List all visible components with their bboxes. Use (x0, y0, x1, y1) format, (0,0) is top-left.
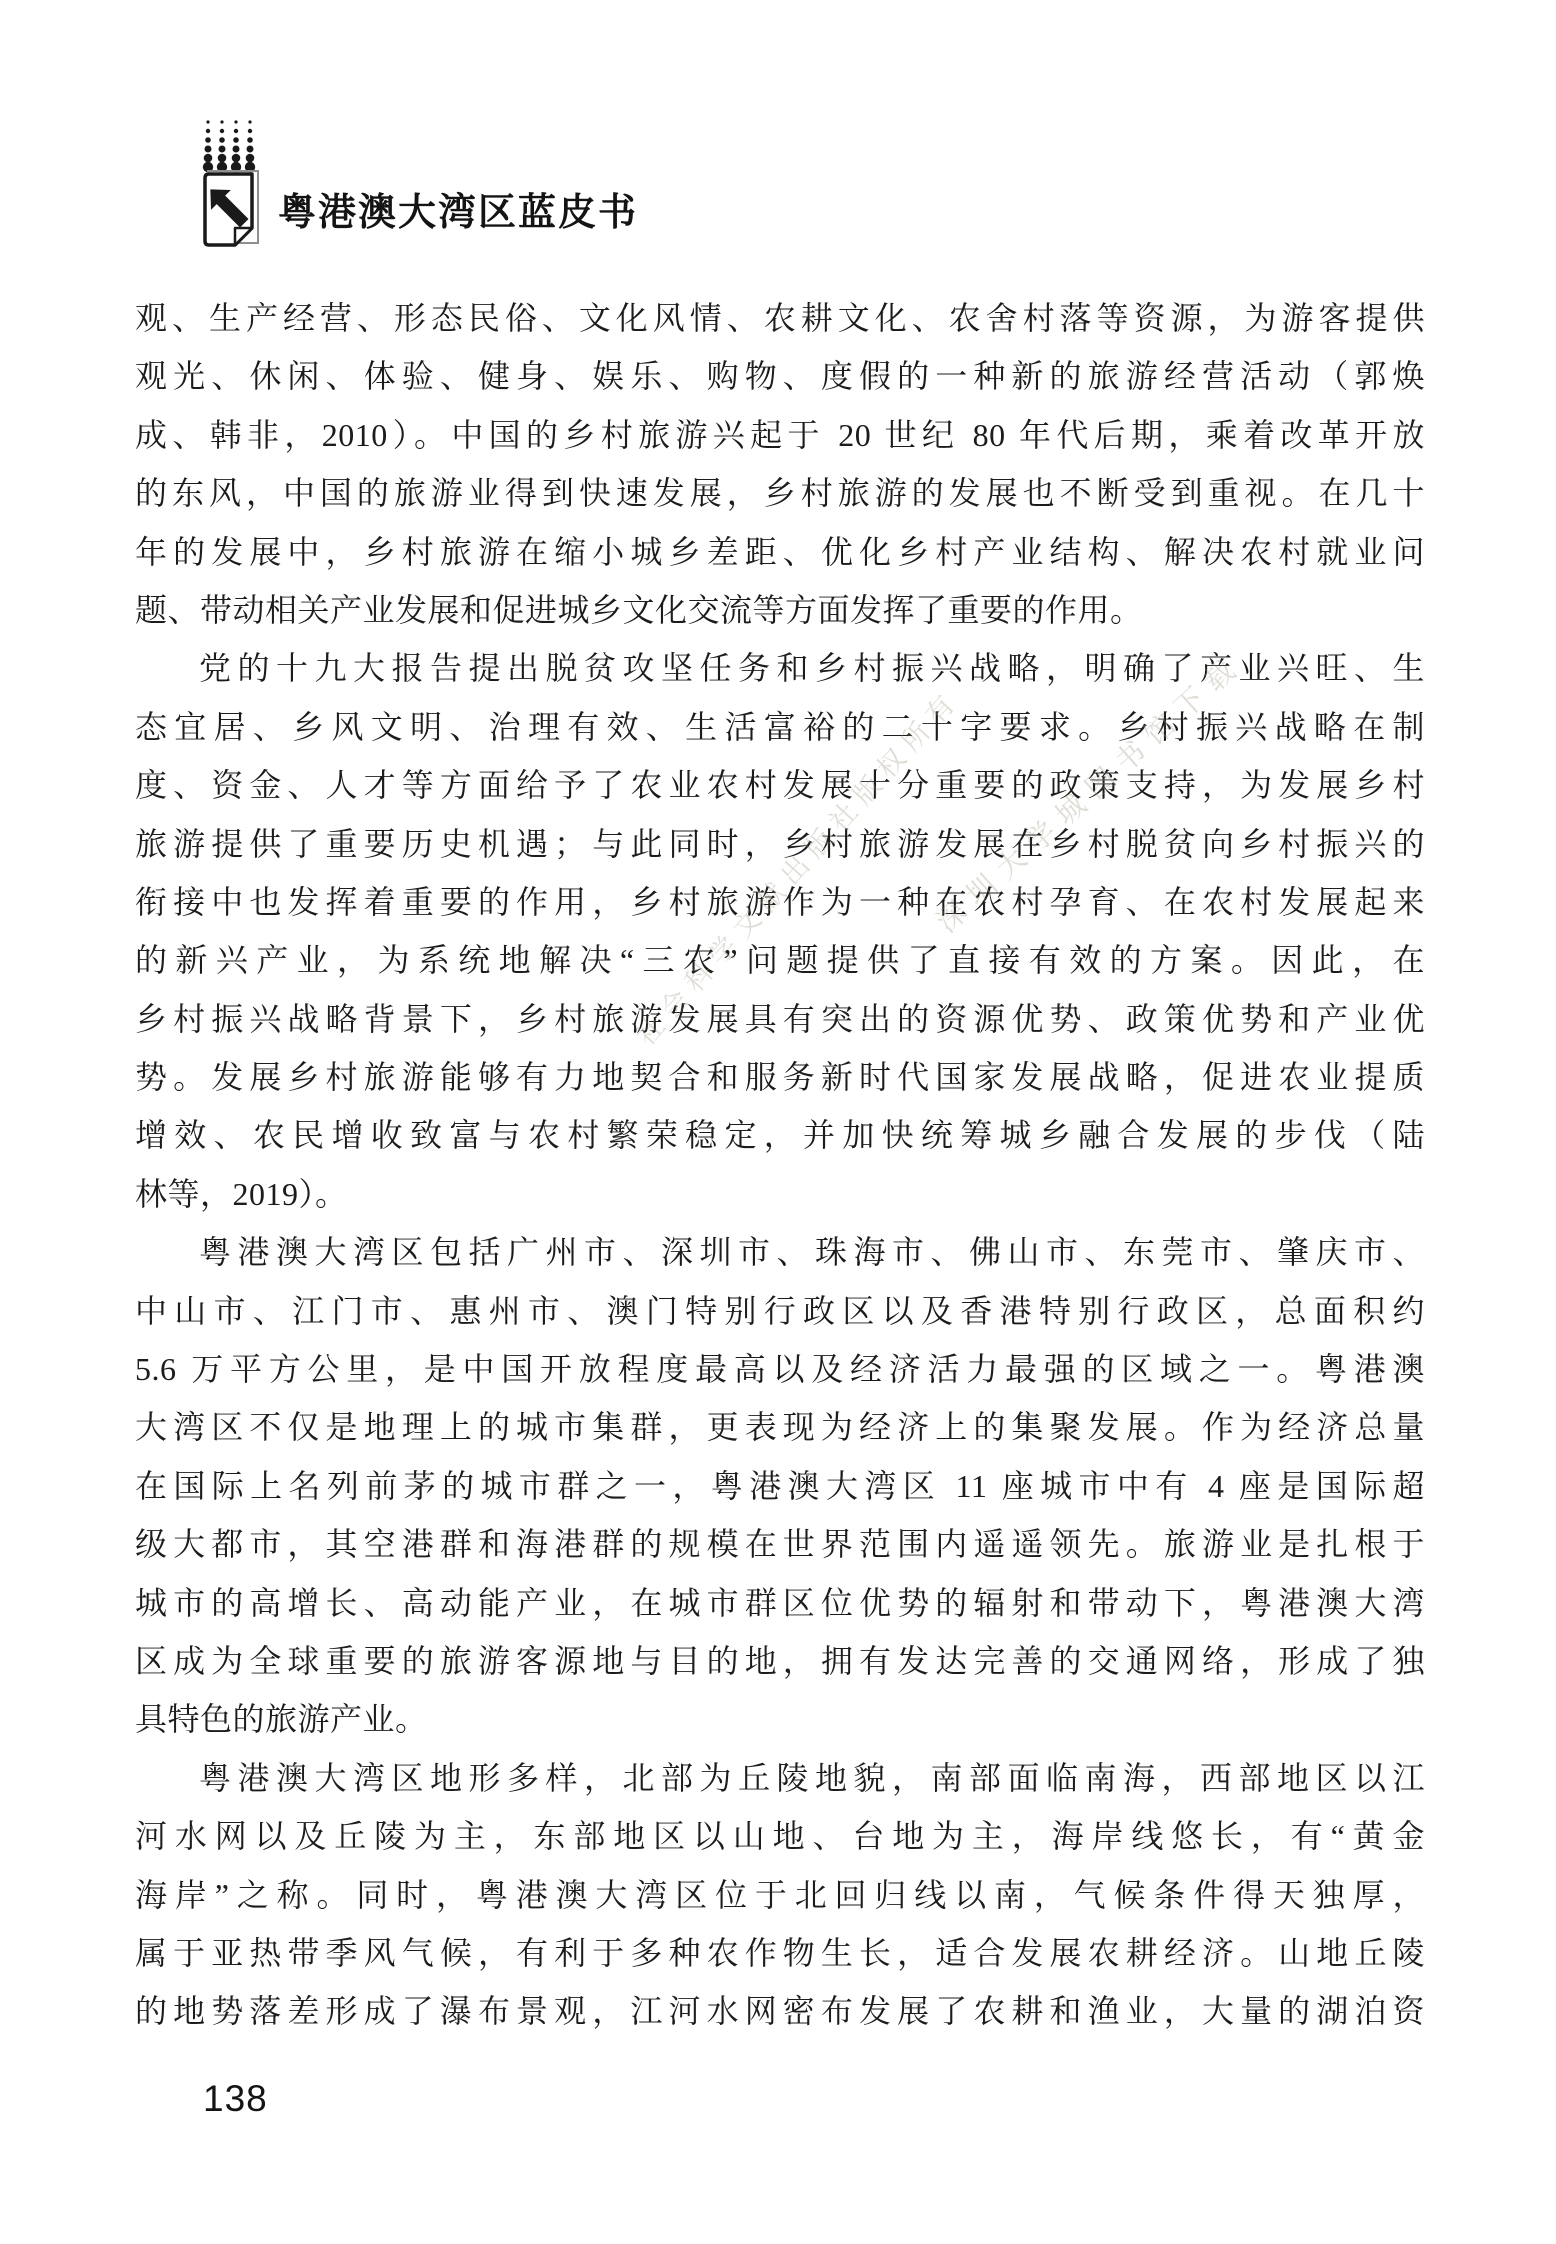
text-line: 在国际上名列前茅的城市群之一，粤港澳大湾区 11 座城市中有 4 座是国际超 (135, 1457, 1425, 1515)
text-line: 观、生产经营、形态民俗、文化风情、农耕文化、农舍村落等资源，为游客提供 (135, 289, 1425, 347)
text-line: 具特色的旅游产业。 (135, 1690, 1425, 1748)
text-line: 的地势落差形成了瀑布景观，江河水网密布发展了农耕和渔业，大量的湖泊资 (135, 1982, 1425, 2040)
text-line: 题、带动相关产业发展和促进城乡文化交流等方面发挥了重要的作用。 (135, 581, 1425, 639)
text-line: 粤港澳大湾区包括广州市、深圳市、珠海市、佛山市、东莞市、肇庆市、 (135, 1223, 1425, 1281)
text-line: 大湾区不仅是地理上的城市集群，更表现为经济上的集聚发展。作为经济总量 (135, 1398, 1425, 1456)
text-line: 度、资金、人才等方面给予了农业农村发展十分重要的政策支持，为发展乡村 (135, 756, 1425, 814)
logo-dot-grid (203, 120, 255, 172)
text-line: 林等，2019）。 (135, 1165, 1425, 1223)
text-line: 城市的高增长、高动能产业，在城市群区位优势的辐射和带动下，粤港澳大湾 (135, 1574, 1425, 1632)
text-line: 的新兴产业，为系统地解决“三农”问题提供了直接有效的方案。因此，在 (135, 931, 1425, 989)
blue-book-logo-icon (200, 118, 264, 251)
logo-page-icon (200, 171, 258, 245)
text-line: 海岸”之称。同时，粤港澳大湾区位于北回归线以南，气候条件得天独厚， (135, 1866, 1425, 1924)
text-line: 势。发展乡村旅游能够有力地契合和服务新时代国家发展战略，促进农业提质 (135, 1048, 1425, 1106)
text-line: 观光、休闲、体验、健身、娱乐、购物、度假的一种新的旅游经营活动（郭焕 (135, 347, 1425, 405)
text-line: 区成为全球重要的旅游客源地与目的地，拥有发达完善的交通网络，形成了独 (135, 1632, 1425, 1690)
text-line: 中山市、江门市、惠州市、澳门特别行政区以及香港特别行政区，总面积约 (135, 1282, 1425, 1340)
body-text: 观、生产经营、形态民俗、文化风情、农耕文化、农舍村落等资源，为游客提供观光、休闲… (135, 289, 1425, 2041)
text-line: 粤港澳大湾区地形多样，北部为丘陵地貌，南部面临南海，西部地区以江 (135, 1749, 1425, 1807)
text-line: 增效、农民增收致富与农村繁荣稳定，并加快统筹城乡融合发展的步伐（陆 (135, 1106, 1425, 1164)
book-page: 粤港澳大湾区蓝皮书 社会科学文献出版社版权所有 深圳大学城图书馆下载 观、生产经… (0, 0, 1556, 2244)
text-line: 的东风，中国的旅游业得到快速发展，乡村旅游的发展也不断受到重视。在几十 (135, 464, 1425, 522)
text-line: 态宜居、乡风文明、治理有效、生活富裕的二十字要求。乡村振兴战略在制 (135, 698, 1425, 756)
text-line: 党的十九大报告提出脱贫攻坚任务和乡村振兴战略，明确了产业兴旺、生 (135, 639, 1425, 697)
page-number: 138 (203, 2078, 268, 2120)
series-title: 粤港澳大湾区蓝皮书 (278, 191, 638, 235)
text-line: 旅游提供了重要历史机遇；与此同时，乡村旅游发展在乡村脱贫向乡村振兴的 (135, 815, 1425, 873)
text-line: 年的发展中，乡村旅游在缩小城乡差距、优化乡村产业结构、解决农村就业问 (135, 523, 1425, 581)
text-line: 5.6 万平方公里，是中国开放程度最高以及经济活力最强的区域之一。粤港澳 (135, 1340, 1425, 1398)
text-line: 级大都市，其空港群和海港群的规模在世界范围内遥遥领先。旅游业是扎根于 (135, 1515, 1425, 1573)
text-line: 属于亚热带季风气候，有利于多种农作物生长，适合发展农耕经济。山地丘陵 (135, 1924, 1425, 1982)
text-line: 乡村振兴战略背景下，乡村旅游发展具有突出的资源优势、政策优势和产业优 (135, 990, 1425, 1048)
text-line: 河水网以及丘陵为主，东部地区以山地、台地为主，海岸线悠长，有“黄金 (135, 1807, 1425, 1865)
text-line: 成、韩非，2010）。中国的乡村旅游兴起于 20 世纪 80 年代后期，乘着改革… (135, 406, 1425, 464)
text-line: 衔接中也发挥着重要的作用，乡村旅游作为一种在农村孕育、在农村发展起来 (135, 873, 1425, 931)
